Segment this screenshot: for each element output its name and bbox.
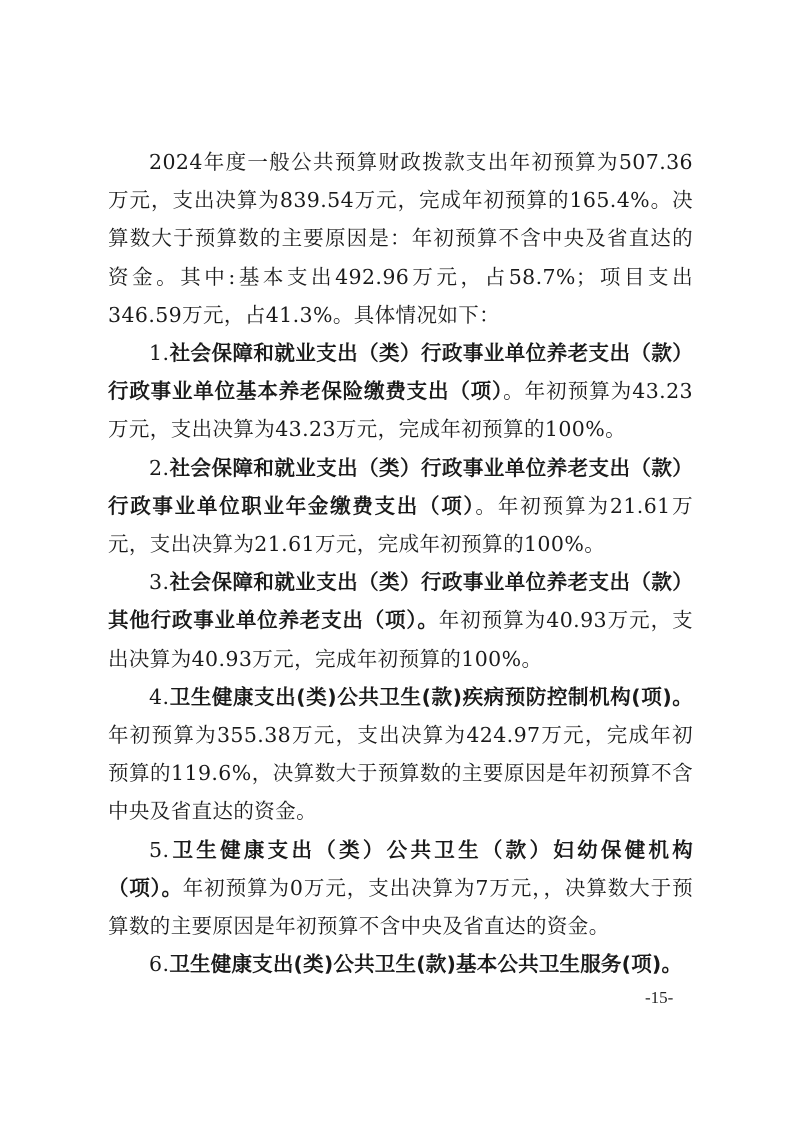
item-paragraph-5: 5.卫生健康支出（类）公共卫生（款）妇幼保健机构（项）。年初预算为0万元，支出决… [108, 831, 693, 946]
item-number: 6. [149, 952, 169, 976]
item-number: 1. [149, 341, 169, 365]
document-body: 2024年度一般公共预算财政拨款支出年初预算为507.36万元，支出决算为839… [108, 143, 693, 983]
item-number: 4. [149, 685, 169, 709]
item-paragraph-1: 1.社会保障和就业支出（类）行政事业单位养老支出（款）行政事业单位基本养老保险缴… [108, 334, 693, 449]
item-number: 2. [149, 456, 169, 480]
item-body: 年初预算为0万元，支出决算为7万元，，决算数大于预算数的主要原因是年初预算不含中… [108, 876, 693, 938]
item-heading: 卫生健康支出(类)公共卫生(款)疾病预防控制机构(项)。 [169, 685, 693, 709]
item-paragraph-3: 3.社会保障和就业支出（类）行政事业单位养老支出（款）其他行政事业单位养老支出（… [108, 563, 693, 678]
item-paragraph-2: 2.社会保障和就业支出（类）行政事业单位养老支出（款）行政事业单位职业年金缴费支… [108, 449, 693, 564]
item-body: 年初预算为355.38万元，支出决算为424.97万元，完成年初预算的119.6… [108, 723, 693, 823]
page-number: -15- [645, 988, 673, 1008]
item-number: 3. [149, 570, 169, 594]
item-paragraph-6: 6.卫生健康支出(类)公共卫生(款)基本公共卫生服务(项)。 [108, 945, 693, 983]
item-number: 5. [149, 838, 169, 862]
item-paragraph-4: 4.卫生健康支出(类)公共卫生(款)疾病预防控制机构(项)。年初预算为355.3… [108, 678, 693, 831]
item-heading: 卫生健康支出(类)公共卫生(款)基本公共卫生服务(项)。 [169, 952, 682, 976]
intro-paragraph: 2024年度一般公共预算财政拨款支出年初预算为507.36万元，支出决算为839… [108, 143, 693, 334]
